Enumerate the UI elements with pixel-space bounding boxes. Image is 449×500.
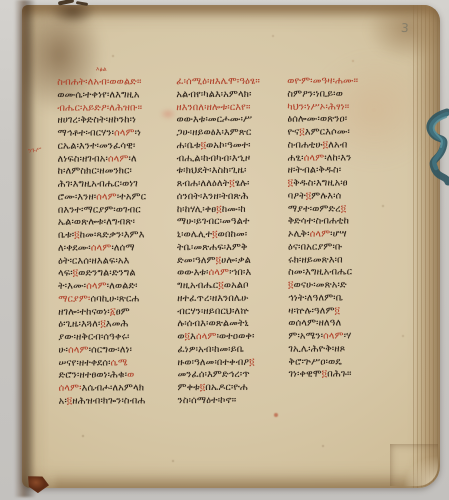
text-line: ፬ወናሁ፡መጽአ፡ድ (288, 279, 374, 292)
text-column-1: ስብሐት፡ለአብ፡ወወልድ።ወሙሴ፡ተቀነየ፡ለእግዚአብሔር፡አይድዖ፡ለሕዝ… (57, 76, 176, 408)
text-segment: ሩክ፡ዘይመጽእ፡በ (288, 254, 343, 265)
text-segment: ፅሰሎሙ፡ወጽንዐ፡ (287, 114, 347, 125)
text-segment: ዘ፡ትብል፡ቅዱስ፡ (288, 165, 342, 176)
text-segment: ፀም (116, 306, 130, 317)
text-line: ሰላም፡እሴብሖ፡ለአምላክ (59, 382, 177, 395)
text-segment: ንስ፡ሰማዕተ፡ኮኖ። (178, 395, 237, 406)
text-segment: ሰላም (209, 267, 230, 278)
text-segment: ለ፡ቀደሙ፡ (58, 242, 91, 253)
text-segment: ርኤል፡እንተ፡መንፈሳዊ፡ (58, 140, 136, 151)
text-segment: ሐ፡ቤቱ (177, 140, 201, 151)
text-segment: ዘሕዝብ፡ክጐን፡ስብሐ (72, 395, 145, 406)
text-line: ግዚአብሔር፬ወአልቦ (177, 280, 283, 293)
text-segment: በእንተ፡ማርያም፡ወገብር (58, 204, 141, 215)
text-line: ቱ፡ክህደት፡እስከ፡ጊዜ፡ (177, 165, 283, 178)
text-line: ማሁ፡ይገብር፡መዓልተ (177, 216, 283, 229)
text-segment: ሐፂ፡ (288, 152, 304, 163)
text-line: ምቀቱ፬በኤዶር፡ዮሐ (178, 382, 284, 395)
text-segment: ዕት፡ርእሰ፡ዘእልፍ፡አእ (58, 255, 129, 266)
text-line: ሐ፡ቤቱ፬ወአኮ፡ዓመተ፡ (177, 139, 283, 152)
text-line: ወ፬እሰላም፡ወተዐወቀ፡ (177, 331, 283, 344)
text-line: ዙወ፡ዓለመ፡በተቀብዖ፬ (177, 356, 283, 369)
text-line: ገኢሌ፡ሕዮቅ፡ዘጾ (288, 343, 374, 356)
text-segment: ባዖት (288, 190, 306, 201)
text-segment: ፬ (335, 305, 341, 316)
text-segment: ዘተፈጥረ፡ዘእንበሌሁ (177, 293, 248, 304)
text-segment: እመሕ (106, 319, 129, 330)
text-segment: ዘገሎ፡ተከናወነ፡ (58, 306, 110, 317)
text-segment: ጋሁ፡ዘይወፅእ፡እምጽር (176, 127, 251, 138)
text-segment: ዙወ፡ዓለመ፡በተቀብዖ (177, 356, 249, 367)
text-line: ወውእቱ፡ሰላም፡ኀበ፡እ (177, 267, 283, 280)
text-line: ንስ፡ሰማዕተ፡ኮኖ። (178, 394, 284, 407)
text-segment: ወአኮ፡ዓመተ፡ (206, 140, 251, 151)
text-segment: መንፈሰ፡እምድኅረ፡ጥ (178, 369, 250, 380)
text-segment: ቅሮ፡ጕሥዐ፡ወዴ (288, 356, 341, 367)
text-segment: ዕ፡ጊዜ፡እጓለ፡ (58, 319, 100, 330)
text-segment: ከ፡ለምስክር፡ዘመንክር፡ (58, 166, 132, 177)
text-line: ለ፡ቀደሙ፡ሰላም፡ለሰማ (58, 242, 176, 255)
text-segment: በሕጉ። (327, 369, 351, 380)
text-line: ሉ፡ሰብእ፡ወጽልመትኒ (177, 318, 283, 331)
text-line: ድመ፡ዓለም፬ሀሎ፡ቃል (177, 254, 283, 267)
text-line: ወውእቱ፡መርሖሙ፡ሥ (176, 114, 282, 127)
text-segment: ወዮም፡መዓዛ፡ሐሙ። (287, 75, 358, 86)
gutter-shadow (14, 0, 36, 497)
text-segment: ቅዱስ፡እግዚአ፡ፀ (293, 177, 348, 188)
text-segment: ሰላም (96, 191, 117, 202)
text-segment: ላፍ፡ (58, 268, 73, 279)
text-line: ካህን፡ነሥኦ፡ሕፃነ። (287, 101, 373, 114)
text-segment: ፡ለወልድ፡ (107, 280, 138, 291)
text-line: ያው፡ዘቅርብ፡ሰዓቀሩ፡ (58, 331, 176, 344)
text-line: ዘእንበለ፡ዘሎቱ፡ርእየ። (176, 101, 282, 114)
text-segment: ብርሃን፡ዘይበርህ፡ለኵ (177, 305, 249, 316)
text-line: ዕና፡በአርያም፡ቡ (288, 241, 374, 254)
text-line: ሩክ፡ዘይመጽእ፡በ (288, 254, 374, 267)
text-segment: ምቀቱ (178, 382, 200, 393)
text-line: ዛ፡ኵሉ፡ዓለም፬ (288, 305, 374, 318)
text-segment: ፬ (341, 203, 347, 214)
text-segment: ወውእቱ፡መርሖሙ፡ሥ (176, 114, 252, 125)
text-line: ከ፡ከሃሊ፡ቀፀ፬ከሙ፡ከ (177, 203, 283, 216)
text-line: ዘሀገረ፡ቅድስት፡ዘኮንከ፡ነ (57, 114, 175, 127)
text-segment: ፡ሆሣ (330, 228, 347, 239)
manuscript-page: 3 እፅል ስብሐት፡ለአብ፡ወወልድ።ወሙሴ፡ተቀነየ፡ለእግዚአብሔር፡አይ… (22, 5, 440, 488)
text-line: ብሔር፡አይድዖ፡ለሕዝቡ። (57, 102, 175, 115)
text-segment: ትቤ፡መጽሐፍ፡እምቅ (177, 242, 248, 253)
stain-corner-dark (50, 5, 96, 25)
text-segment: እሴብሖ፡ለአምላክ (82, 382, 145, 393)
text-segment: ሰላም (196, 331, 217, 342)
text-segment: ፈነዎ፡አብ፡ከመ፡ይቤ (177, 344, 244, 355)
text-segment: ፡ሃ (344, 330, 352, 341)
text-segment: ቱ፡ክህደት፡እስከ፡ጊዜ፡ (177, 165, 247, 176)
text-segment: ሰላም (304, 152, 325, 163)
text-segment: ስብሐቲሁ (288, 139, 323, 150)
text-segment: ስምዖን፡ነቢይ፡ወ (287, 88, 343, 99)
text-segment: ግዚአብሔር (177, 280, 218, 291)
text-line: ፈነዎ፡አብ፡ከመ፡ይቤ (177, 343, 283, 356)
text-segment: ኅነት፡ለዓለም፡ቤ (288, 292, 343, 303)
text-segment: ሰላም (114, 127, 135, 138)
text-line: በእንተ፡ማርያም፡ወገብር (58, 204, 176, 217)
text-segment: ስመ፡እግዚአብሔር (288, 267, 352, 278)
text-segment: በኤዶር፡ዮሐ (205, 382, 248, 393)
text-segment: ፡ነ (135, 127, 141, 138)
text-segment: ሰላም (310, 229, 331, 240)
text-segment: ድመ፡ዓለም (177, 255, 216, 266)
manuscript-photo: 3 እፅል ስብሐት፡ለአብ፡ወወልድ።ወሙሴ፡ተቀነየ፡ለእግዚአብሔር፡አይ… (0, 0, 449, 500)
text-line: አ፡፬ዘሕዝብ፡ክጐን፡ስብሐ (59, 395, 177, 408)
text-segment: ወአልቦ (224, 280, 249, 291)
text-segment: ሰላም (68, 344, 89, 355)
text-line: ፬ቅዱስ፡እግዚአ፡ፀ (288, 177, 374, 190)
text-line: ስብሐቲሁ፬ለአብ (288, 139, 374, 152)
text-line: ሠናየ፡ዘተቀደሰ፡ሴሜ (58, 357, 176, 370)
text-segment: ጸብሐ፡ለለዕለት (177, 178, 230, 189)
text-line: ብሒል፡ከብካብ፡እኂዞ (177, 152, 283, 165)
text-line: ስመ፡እግዚአብሔር (288, 267, 374, 280)
text-segment: ም፡አሜን፡ (288, 331, 323, 342)
text-segment: ወሰላም፡ዘለዓለ (288, 318, 341, 329)
text-line: ዕት፡ርእሰ፡ዘእልፍ፡አእ (58, 255, 176, 268)
text-segment: ሉ፡ሰብእ፡ወጽልመትኒ (177, 318, 249, 329)
text-segment: ቅድሳተ፡ስብሐቲከ (288, 216, 349, 227)
stain-bottom-edge (55, 472, 406, 488)
text-segment: ድሮን፡ዘተፀወነ፡ሕቁ፡ (59, 370, 128, 381)
superscript-gloss: እፅል (96, 66, 107, 74)
text-line: ጋሁ፡ዘይወፅእ፡እምጽር (176, 127, 282, 140)
text-segment: ስብሐት፡ለአብ፡ወወልድ። (57, 76, 141, 87)
text-segment: ሰላም (86, 280, 107, 291)
text-segment: ፡ለሰማ (111, 242, 134, 253)
stain-top-band (22, 5, 440, 19)
text-segment: ፡ወተዐወቀ፡ (217, 331, 255, 342)
text-segment: ኒ፡ወሌሊተ (177, 229, 212, 240)
text-segment: ከመ፡ጻድቃን፡እምእ (80, 229, 145, 240)
text-line: ኅነት፡ለዓለም፡ቤ (288, 292, 374, 305)
folio-number: 3 (401, 21, 410, 35)
text-segment: ሰላም፡ (59, 383, 82, 394)
text-line: ድሮን፡ዘተፀወነ፡ሕቁ፡ወ (59, 369, 177, 382)
text-line: ማያተ፡ወምድረ፬ (288, 203, 374, 216)
text-segment: ወሙሴ፡ተቀነየ፡ለእግዚአ (57, 89, 139, 100)
text-segment: ቤቱ፡ (58, 230, 74, 241)
text-segment: ዛ፡ኵሉ፡ዓለም (288, 305, 334, 316)
text-column-2: ፈ፡ሰሚዕ፡ዘእሌሞ፡ዓዕፄ።አልብየ፡ካልእ፡አምላክ፡ዘእንበለ፡ዘሎቱ፡ር… (176, 76, 283, 408)
text-segment: ብሔር፡አይድዖ፡ለሕዝቡ። (57, 102, 142, 113)
text-line: ሐፂ፡ሰላም፡ለከ፡እን (288, 152, 374, 165)
text-segment: ሰላም (323, 330, 344, 341)
text-line: ርኤል፡እንተ፡መንፈሳዊ፡ (58, 140, 176, 153)
text-line: ዘተፈጥረ፡ዘእንበሌሁ (177, 292, 283, 305)
text-line: ማኅቶተ፡ብርሃን፡ሰላም፡ነ (57, 127, 175, 140)
text-segment: ት፡እሙ፡ (58, 281, 86, 292)
text-line: ወሙሴ፡ተቀነየ፡ለእግዚአ (57, 89, 175, 102)
text-line: ት፡እሙ፡ሰላም፡ለወልድ፡ (58, 280, 176, 293)
text-line: ፈ፡ሰሚዕ፡ዘእሌሞ፡ዓዕፄ። (176, 76, 282, 89)
text-segment: ለአብ (328, 139, 347, 150)
text-segment: ፡ለከ፡እን (324, 152, 351, 163)
text-segment: ከ፡ከሃሊ፡ቀፀ (177, 203, 217, 214)
text-block: ስብሐት፡ለአብ፡ወወልድ።ወሙሴ፡ተቀነየ፡ለእግዚአብሔር፡አይድዖ፡ለሕዝ… (57, 75, 374, 416)
page-corner-curl (390, 444, 438, 486)
text-line: ኒ፡ወሌሊተ፬ወበከመ፡ (177, 229, 283, 242)
text-column-3: ወዮም፡መዓዛ፡ሐሙ።ስምዖን፡ነቢይ፡ወካህን፡ነሥኦ፡ሕፃነ።ፅሰሎሙ፡ወጽ… (287, 75, 374, 381)
text-segment: ከሙ፡ከ (222, 203, 246, 214)
text-line: ገነ፡ቀዊሞ፬በሕጉ። (289, 369, 375, 382)
text-segment: ማርያም፡ (58, 293, 90, 304)
text-segment: ሀሎ፡ቃል (221, 254, 251, 265)
text-line: ለነፍስ፡ዘገብአ፡ሰላም፡ለ (58, 153, 176, 166)
text-segment: ሠናየ፡ዘተቀደሰ፡ (58, 357, 110, 368)
text-line: ሮሙ፡እንዘ፡ሰላም፡ተአምር (58, 191, 176, 204)
text-line: ሕገ፡እግዚአብሔር፡ወነገ (58, 178, 176, 191)
text-line: ስምዖን፡ነቢይ፡ወ (287, 88, 373, 101)
text-segment: ዘሀገረ፡ቅድስት፡ዘኮንከ፡ነ (57, 115, 136, 126)
text-line: ወሰላም፡ዘለዓለ (288, 318, 374, 331)
text-line: ዘገሎ፡ተከናወነ፡፩ፀም (58, 306, 176, 319)
text-segment: አልብየ፡ካልእ፡አምላክ፡ (176, 89, 251, 100)
text-segment: ሰላም (91, 242, 112, 253)
text-line: ከ፡ለምስክር፡ዘመንክር፡ (58, 165, 176, 178)
text-segment: ፡ሰርግው፡ለነ፡ (89, 344, 132, 355)
text-segment: ወድንግል፡ድንግል (78, 268, 136, 279)
text-segment: ማኅቶተ፡ብርሃን፡ (57, 127, 114, 138)
text-line: ትቤ፡መጽሐፍ፡እምቅ (177, 241, 283, 254)
text-segment: ሮሙ፡እንዘ፡ (58, 191, 97, 202)
text-segment: ለነፍስ፡ዘገብአ፡ (58, 153, 108, 164)
text-line: ሰንበት፡እንዘ፡ትበጽሕ (177, 190, 283, 203)
text-segment: ፈ፡ሰሚዕ፡ዘእሌሞ፡ዓዕፄ። (176, 76, 260, 87)
text-segment: ብሒል፡ከብካብ፡እኂዞ (177, 152, 251, 163)
text-line: ማርያም፡ሰባኪሁ፡ጽርሐ (58, 293, 176, 306)
text-segment: ኦሊቅ፡ (288, 229, 310, 240)
text-segment: ሕገ፡እግዚአብሔር፡ወነገ (58, 178, 138, 189)
text-line: ስብሐት፡ለአብ፡ወወልድ። (57, 76, 175, 89)
text-segment: ገነ፡ቀዊሞ (289, 369, 322, 380)
text-segment: ወ (127, 370, 134, 381)
text-segment: ሰላም (108, 153, 129, 164)
text-line: ኤል፡ወጽሎቱ፡ለግብጽ፡ (58, 216, 176, 229)
text-line: ኦሊቅ፡ሰላም፡ሆሣ (288, 228, 374, 241)
text-segment: ገኢሌ፡ሕዮቅ፡ዘጾ (288, 343, 345, 354)
text-segment: ሰንበት፡እንዘ፡ትበጽሕ (177, 191, 249, 202)
text-line: ም፡አሜን፡ሰላም፡ሃ (288, 330, 374, 343)
text-segment: ካህን፡ነሥኦ፡ሕፃነ። (287, 101, 349, 112)
text-segment: ዘእንበለ፡ዘሎቱ፡ርእየ። (176, 101, 250, 112)
text-segment: ፬ (249, 356, 255, 367)
text-segment: እምርእሶሙ፡ (305, 126, 350, 137)
text-segment: ዕና፡በአርያም፡ቡ (288, 241, 342, 252)
text-line: አልብየ፡ካልእ፡አምላክ፡ (176, 88, 282, 101)
text-line: ዮና፬እምርእሶሙ፡ (287, 126, 373, 139)
text-line: ዘ፡ትብል፡ቅዱስ፡ (288, 165, 374, 178)
text-segment: ማሁ፡ይገብር፡መዓልተ (177, 216, 250, 227)
text-segment: ወናሁ፡መጽአ፡ድ (294, 279, 347, 290)
margin-gloss: ንጉሥ (28, 145, 43, 155)
text-line: ዕ፡ጊዜ፡እጓለ፡፬እመሕ (58, 318, 176, 331)
text-segment: ሴሜ (111, 357, 128, 368)
blue-thread-marker (420, 108, 449, 186)
text-line: ብርሃን፡ዘይበርህ፡ለኵ (177, 305, 283, 318)
text-segment: ፡ተአምር (117, 191, 146, 202)
text-segment: ማያተ፡ወምድረ (288, 203, 341, 214)
text-segment: ያው፡ዘቅርብ፡ሰዓቀሩ፡ (58, 331, 129, 342)
text-segment: ፡ለ (128, 153, 136, 164)
text-segment: ፄሉ፡ (235, 178, 250, 189)
text-segment: ሁ፡ (58, 344, 68, 355)
text-line: ጸብሐ፡ለለዕለት፬ፄሉ፡ (177, 178, 283, 191)
text-segment: ኤል፡ወጽሎቱ፡ለግብጽ፡ (58, 217, 135, 228)
text-line: ቅድሳተ፡ስብሐቲከ (288, 216, 374, 229)
text-line: ላፍ፡፬ወድንግል፡ድንግል (58, 267, 176, 280)
text-line: መንፈሰ፡እምድኅረ፡ጥ (178, 369, 284, 382)
text-segment: ዮና (287, 127, 299, 138)
text-line: ወዮም፡መዓዛ፡ሐሙ። (287, 75, 373, 88)
text-segment: ወበከመ፡ (218, 229, 248, 240)
fore-edge-page-stack (413, 5, 440, 488)
text-segment: ወውእቱ፡ (177, 267, 209, 278)
text-segment: ሰባኪሁ፡ጽርሐ (90, 293, 139, 304)
text-line: ቤቱ፡፬ከመ፡ጻድቃን፡እምእ (58, 229, 176, 242)
text-segment: ፡ኀበ፡እ (229, 267, 251, 278)
text-segment: ምሉእ፡ሰ (311, 190, 341, 201)
text-line: ፅሰሎሙ፡ወጽንዐ፡ (287, 114, 373, 127)
text-line: ቅሮ፡ጕሥዐ፡ወዴ (288, 356, 374, 369)
text-line: ሁ፡ሰላም፡ሰርግው፡ለነ፡ (58, 344, 176, 357)
text-line: ባዖት፬ምሉእ፡ሰ (288, 190, 374, 203)
